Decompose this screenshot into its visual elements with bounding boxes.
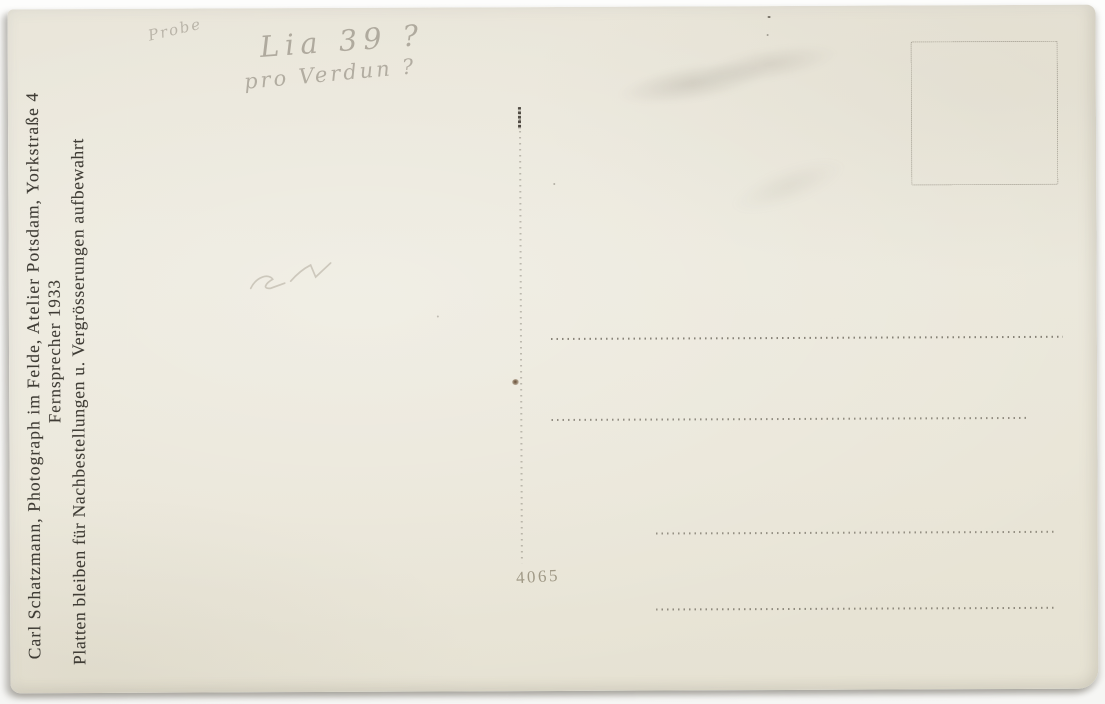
center-divider-dotted-line — [519, 107, 523, 563]
imprint-plates-notice-line: Platten bleiben für Nachbestellungen u. … — [67, 31, 91, 665]
stamp-box — [911, 41, 1059, 186]
handwritten-note-probe: Probe — [146, 15, 203, 45]
address-dotted-line-4 — [656, 607, 1056, 611]
pencil-smudge — [604, 23, 851, 125]
stain-spot — [512, 379, 519, 385]
imprint-photographer-line: Carl Schatzmann, Photograph im Felde, At… — [22, 23, 46, 659]
paper-speck — [768, 16, 771, 18]
center-divider-top-dash — [518, 107, 521, 129]
address-dotted-line-1 — [551, 336, 1063, 340]
serial-number: 4065 — [515, 566, 560, 588]
address-dotted-line-3 — [656, 531, 1056, 535]
postcard-back: Carl Schatzmann, Photograph im Felde, At… — [8, 5, 1099, 694]
paper-shading — [703, 130, 874, 242]
address-dotted-line-2 — [551, 417, 1027, 421]
paper-speck — [553, 183, 555, 185]
handwritten-scribble — [245, 260, 341, 304]
paper-speck — [437, 315, 439, 317]
imprint-telephone-line: Fernsprecher 1933 — [45, 255, 66, 423]
paper-speck — [767, 34, 769, 36]
